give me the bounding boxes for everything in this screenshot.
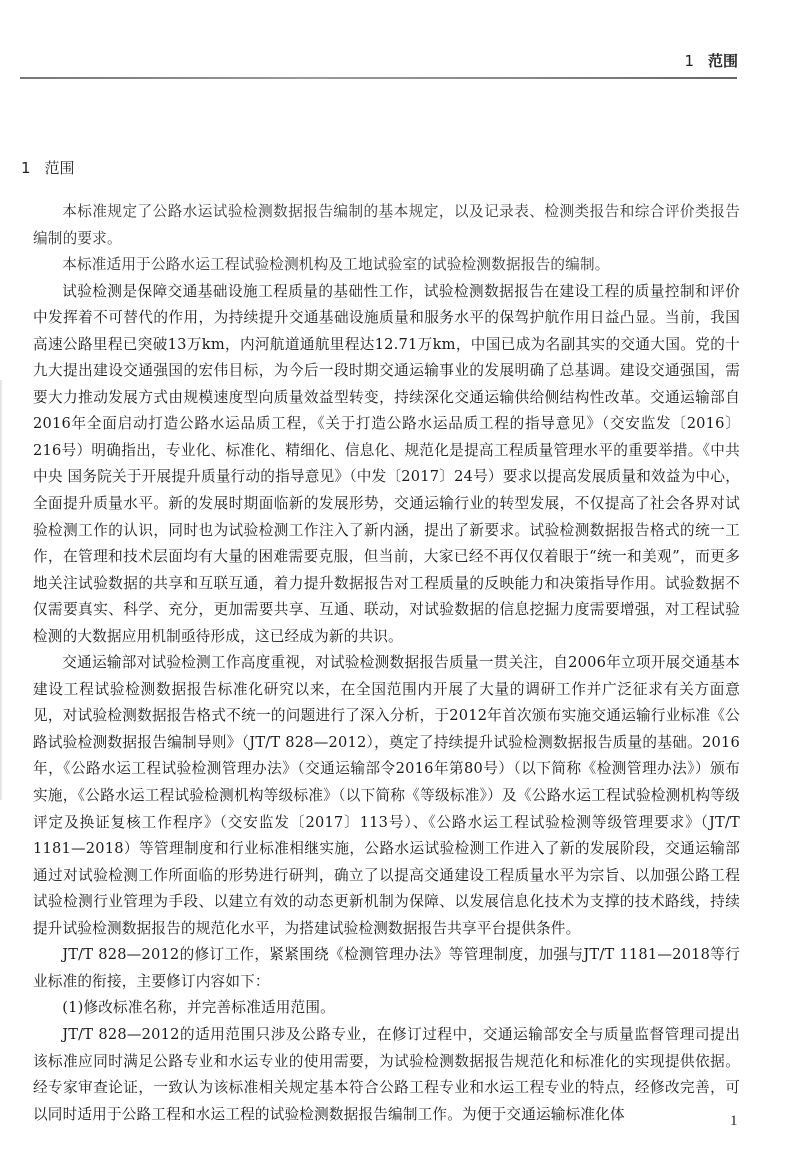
section-heading: 1范围 (21, 157, 75, 178)
paragraph-revision-item-1: (1)修改标准名称，并完善标准适用范围。 (33, 995, 740, 1022)
running-header: 1范围 (684, 50, 738, 71)
running-header-number: 1 (684, 52, 694, 70)
section-title: 范围 (45, 159, 75, 177)
page-edge-shadow (0, 380, 3, 800)
header-rule (20, 77, 737, 79)
paragraph-revision-intro: JT/T 828—2012的修订工作，紧紧围绕《检测管理办法》等管理制度，加强与… (33, 942, 740, 995)
paragraph-applicability: 本标准适用于公路水运工程试验检测机构及工地试验室的试验检测数据报告的编制。 (33, 252, 740, 279)
paragraph-background: 试验检测是保障交通基础设施工程质量的基础性工作，试验检测数据报告在建设工程的质量… (33, 279, 740, 651)
paragraph-revision-detail: JT/T 828—2012的适用范围只涉及公路专业，在修订过程中，交通运输部安全… (33, 1022, 740, 1128)
body-text: 本标准规定了公路水运试验检测数据报告编制的基本规定，以及记录表、检测类报告和综合… (33, 199, 740, 1128)
section-number: 1 (21, 159, 31, 177)
paragraph-scope: 本标准规定了公路水运试验检测数据报告编制的基本规定，以及记录表、检测类报告和综合… (33, 199, 740, 252)
page-number: 1 (730, 1113, 738, 1130)
running-header-title: 范围 (708, 52, 738, 70)
paragraph-history: 交通运输部对试验检测工作高度重视，对试验检测数据报告质量一贯关注，自2006年立… (33, 650, 740, 942)
